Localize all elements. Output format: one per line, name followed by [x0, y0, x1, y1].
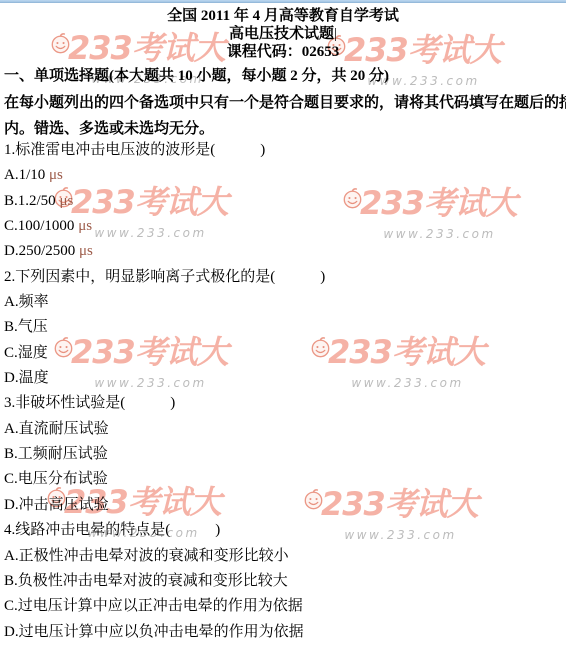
question-stem: 2.下列因素中，明显影响离子式极化的是( )	[4, 268, 564, 293]
paper-title-line: 高电压技术试题|	[0, 25, 566, 43]
unit-text: μs	[49, 167, 63, 183]
course-code: 课程代码：02653	[0, 43, 566, 61]
question-stem: 1.标准雷电冲击电压波的波形是( )	[4, 141, 564, 166]
option-line: B.1.2/50 μs	[4, 192, 564, 217]
option-line: C.湿度	[4, 344, 564, 369]
instruction-line: 在每小题列出的四个备选项中只有一个是符合题目要求的，请将其代码填写在题后的括号	[4, 93, 564, 120]
document-header: 全国 2011 年 4 月高等教育自学考试 高电压技术试题| 课程代码：0265…	[0, 7, 566, 61]
section-heading: 一、单项选择题(本大题共 10 小题，每小题 2 分，共 20 分)	[4, 66, 564, 93]
option-line: D.温度	[4, 369, 564, 394]
question-stem: 4.线路冲击电晕的特点是( )	[4, 521, 564, 546]
option-line: D.冲击高压试验	[4, 496, 564, 521]
section-block: 一、单项选择题(本大题共 10 小题，每小题 2 分，共 20 分) 在每小题列…	[4, 66, 564, 146]
exam-title: 全国 2011 年 4 月高等教育自学考试	[0, 7, 566, 25]
unit-text: μs	[78, 218, 92, 234]
question-list: 1.标准雷电冲击电压波的波形是( ) A.1/10 μs B.1.2/50 μs…	[4, 141, 564, 646]
option-line: D.250/2500 μs	[4, 242, 564, 267]
option-line: B.气压	[4, 318, 564, 343]
option-line: A.1/10 μs	[4, 166, 564, 191]
option-line: A.直流耐压试验	[4, 420, 564, 445]
option-line: B.工频耐压试验	[4, 445, 564, 470]
option-line: D.过电压计算中应以负冲击电晕的作用为依据	[4, 623, 564, 646]
unit-text: μs	[79, 243, 93, 259]
paper-title: 高电压技术试题	[229, 26, 334, 42]
window-top-edge	[0, 0, 566, 3]
text-cursor: |	[334, 26, 337, 42]
unit-text: μs	[59, 193, 73, 209]
option-line: A.频率	[4, 293, 564, 318]
option-line: C.过电压计算中应以正冲击电晕的作用为依据	[4, 597, 564, 622]
option-line: B.负极性冲击电晕对波的衰减和变形比较大	[4, 572, 564, 597]
question-stem: 3.非破坏性试验是( )	[4, 394, 564, 419]
option-line: C.100/1000 μs	[4, 217, 564, 242]
option-line: C.电压分布试验	[4, 470, 564, 495]
option-line: A.正极性冲击电晕对波的衰减和变形比较小	[4, 547, 564, 572]
